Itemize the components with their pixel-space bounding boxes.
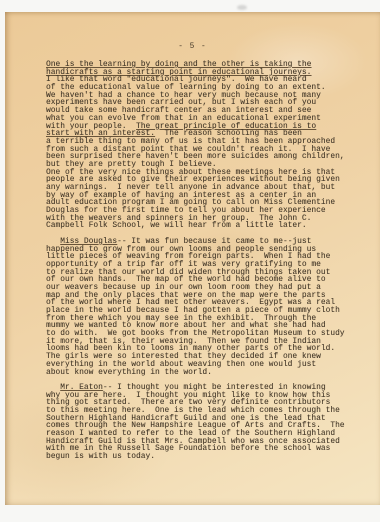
- paragraph-mr-eaton: Mr. Eaton-- I thought you might be inter…: [46, 385, 378, 462]
- scan-smudge: [237, 5, 247, 10]
- scanned-document-screenshot: { "colors": { "background": "#f7f7f5", "…: [0, 0, 380, 522]
- paragraph-intro: One is the learning by doing and the oth…: [46, 62, 378, 170]
- paragraph-meetings: One of the very nice things about these …: [46, 170, 378, 232]
- text-block: One is the learning by doing and the oth…: [46, 62, 378, 462]
- document-page: - 5 - One is the learning by doing and t…: [5, 12, 380, 505]
- text-line: begun is with us today.: [46, 454, 378, 462]
- text-line: Campbell Folk School, we will hear from …: [46, 223, 378, 231]
- text-line: about know everything in the world.: [46, 370, 378, 378]
- paragraph-miss-douglas: Miss Douglas-- It was fun because it cam…: [46, 239, 378, 377]
- page-number: - 5 -: [5, 43, 380, 51]
